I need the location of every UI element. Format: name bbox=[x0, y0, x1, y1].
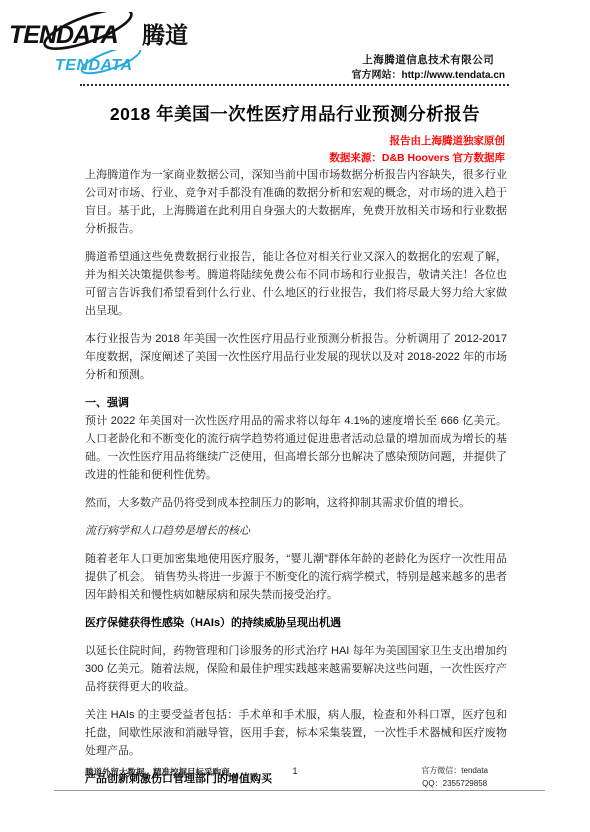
header-company-block: 上海腾道信息技术有限公司 官方网站：http://www.tendata.cn bbox=[351, 53, 505, 83]
paragraph: 关注 HAIs 的主要受益者包括：手术单和手术服，病人服，检查和外科口罩，医疗包… bbox=[85, 706, 507, 760]
paragraph: 随着老年人口更加密集地使用医疗服务，“婴儿潮”群体年龄的老龄化为医疗一次性用品提… bbox=[85, 550, 507, 604]
credit-source-line: 数据来源：D&B Hoovers 官方数据库 bbox=[329, 150, 505, 167]
logo-brand-text: TENDATA bbox=[9, 21, 118, 49]
tendata-sublogo: TENDATA bbox=[54, 50, 174, 81]
tendata-sublogo-graphic: TENDATA bbox=[54, 50, 174, 76]
credit-original-line: 报告由上海腾道独家原创 bbox=[329, 133, 505, 150]
page-number: 1 bbox=[0, 766, 590, 776]
sublogo-brand-text: TENDATA bbox=[55, 57, 133, 74]
company-name: 上海腾道信息技术有限公司 bbox=[351, 53, 505, 68]
document-page: TENDATA 腾道 TENDATA 上海腾道信息技术有限公司 官方网站：htt… bbox=[0, 0, 590, 832]
section-heading: 一、强调 bbox=[85, 394, 507, 412]
document-body: 上海腾道作为一家商业数据公司，深知当前中国市场数据分析报告内容缺失，很多行业公司… bbox=[85, 166, 507, 798]
report-title: 2018 年美国一次性医疗用品行业预测分析报告 bbox=[0, 101, 590, 126]
paragraph: 然而，大多数产品仍将受到成本控制压力的影响，这将抑制其需求价值的增长。 bbox=[85, 494, 507, 512]
paragraph: 本行业报告为 2018 年美国一次性医疗用品行业预测分析报告。分析调用了 201… bbox=[85, 330, 507, 384]
section-heading: 医疗保健获得性感染（HAIs）的持续威胁呈现出机遇 bbox=[85, 614, 507, 632]
credits-block: 报告由上海腾道独家原创 数据来源：D&B Hoovers 官方数据库 bbox=[329, 133, 505, 167]
header-dotted-divider bbox=[80, 84, 509, 86]
paragraph: 预计 2022 年美国对一次性医疗用品的需求将以每年 4.1%的速度增长至 66… bbox=[85, 412, 507, 484]
footer-qq: QQ：2355729858 bbox=[421, 777, 488, 790]
section-heading: 流行病学和人口趋势是增长的核心 bbox=[85, 522, 507, 540]
footer-contact-block: 官方微信：tendata QQ：2355729858 bbox=[421, 764, 488, 790]
footer-divider bbox=[54, 790, 545, 791]
footer-wechat: 官方微信：tendata bbox=[421, 764, 488, 777]
official-website[interactable]: 官方网站：http://www.tendata.cn bbox=[351, 68, 505, 83]
paragraph: 以延长住院时间，药物管理和门诊服务的形式治疗 HAI 每年为美国国家卫生支出增加… bbox=[85, 642, 507, 696]
paragraph: 上海腾道作为一家商业数据公司，深知当前中国市场数据分析报告内容缺失，很多行业公司… bbox=[85, 166, 507, 238]
logo-brand-cn-text: 腾道 bbox=[142, 22, 188, 48]
paragraph: 腾道希望通这些免费数据行业报告，能让各位对相关行业又深入的数据化的宏观了解，并为… bbox=[85, 248, 507, 320]
